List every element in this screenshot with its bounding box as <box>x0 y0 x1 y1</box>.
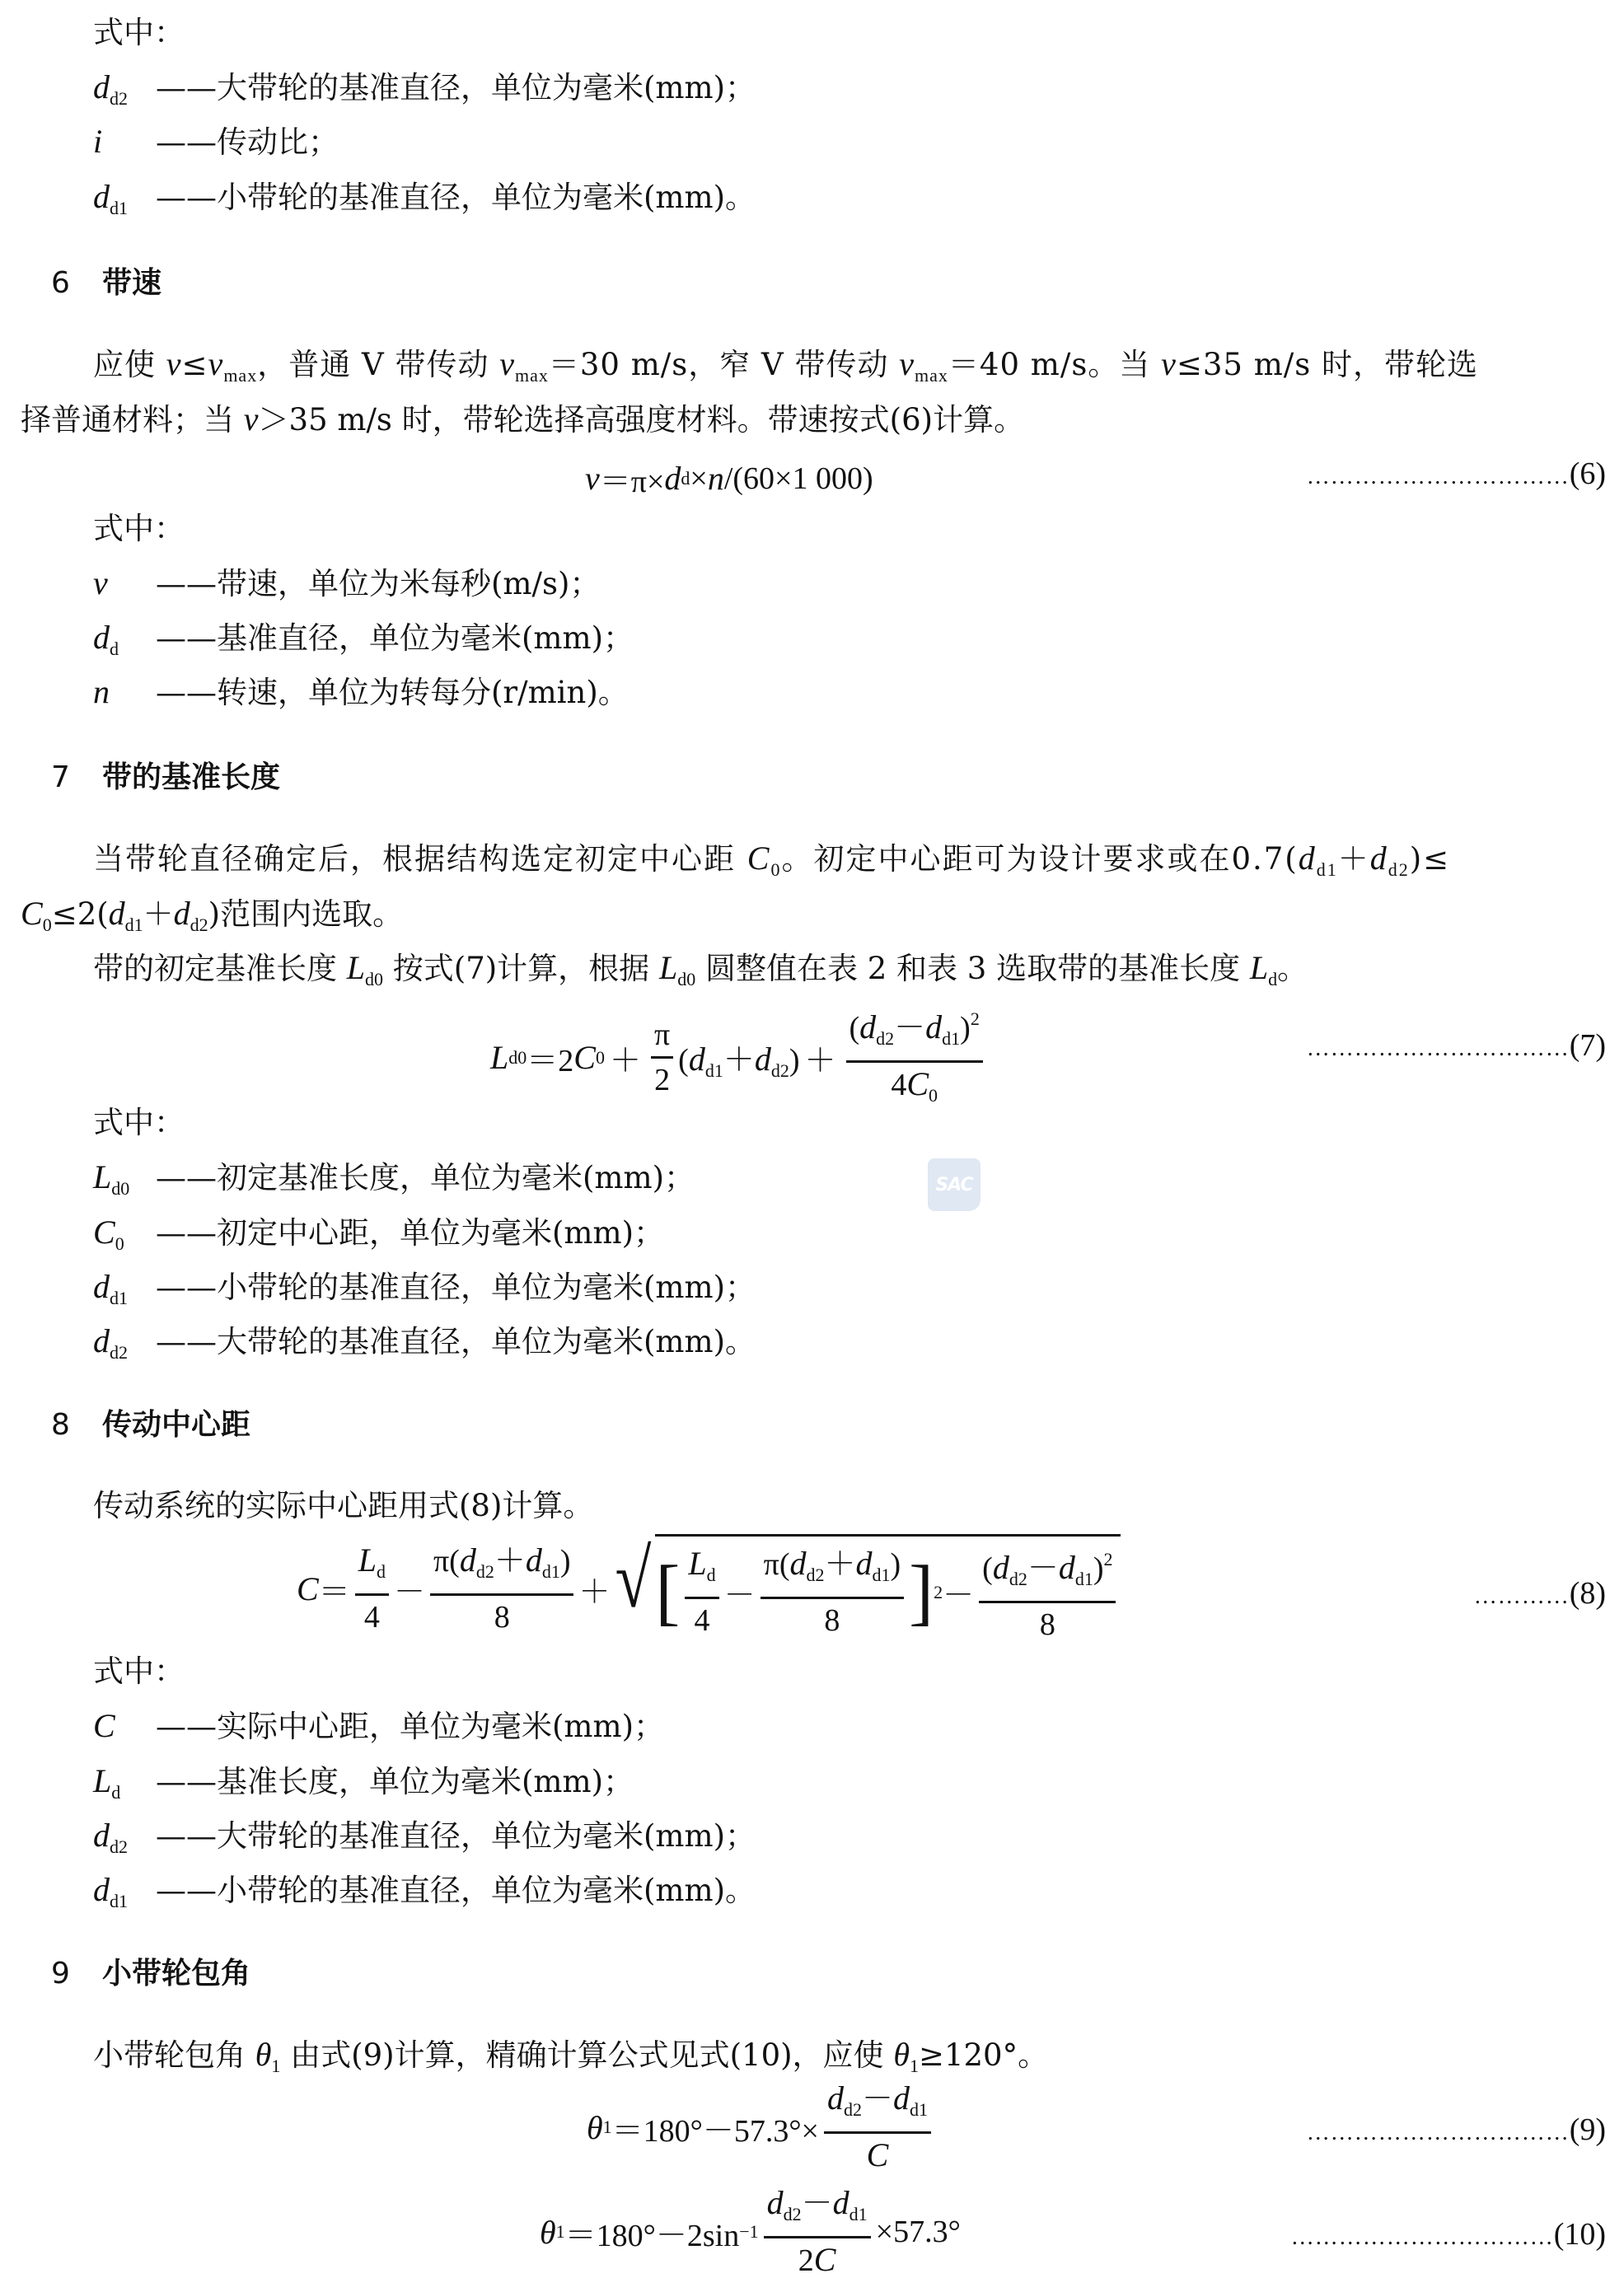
section-7-para1-line2: C0≤2(dd1＋dd2)范围内选取。 <box>21 896 403 943</box>
where-item-i: i——传动比； <box>93 124 339 161</box>
where-item-dd2: dd2——大带轮的基准直径，单位为毫米(mm)； <box>93 69 756 117</box>
where-label-7: 式中： <box>93 1105 185 1141</box>
where-item-dd1-7: dd1——小带轮的基准直径，单位为毫米(mm)； <box>93 1269 756 1317</box>
sac-watermark-logo: SAC <box>928 1158 980 1211</box>
definition: ——传动比； <box>156 124 339 160</box>
where-label-8: 式中： <box>93 1654 185 1690</box>
formula-6: v＝π×dd×n/(60×1 000) <box>585 456 873 501</box>
where-label-top: 式中： <box>93 15 185 51</box>
where-item-C0: C0——初定中心距，单位为毫米(mm)； <box>93 1214 664 1262</box>
section-6-para-line2: 择普通材料；当 v＞35 m/s 时，带轮选择高强度材料。带速按式(6)计算。 <box>21 401 1024 438</box>
section-7-heading: 7带的基准长度 <box>51 760 280 796</box>
square-root: √ [ Ld4 － π(dd2＋dd1)8 ]2 － (dd2－dd1)28 <box>611 1534 1121 1643</box>
where-item-n: n——转速，单位为转每分(r/min)。 <box>93 674 629 711</box>
symbol: d <box>93 68 110 105</box>
where-item-v: v——带速，单位为米每秒(m/s)； <box>93 565 600 602</box>
where-item-dd2-7: dd2——大带轮的基准直径，单位为毫米(mm)。 <box>93 1323 756 1371</box>
where-item-C: C——实际中心距，单位为毫米(mm)； <box>93 1708 664 1745</box>
section-7-para2: 带的初定基准长度 Ld0 按式(7)计算，根据 Ld0 圆整值在表 2 和表 3… <box>93 950 1308 998</box>
section-9-heading: 9小带轮包角 <box>51 1956 250 1992</box>
definition: ——大带轮的基准直径，单位为毫米(mm)； <box>156 70 756 105</box>
formula-7: Ld0 ＝2C0 ＋ π2 (dd1＋dd2) ＋ (dd2－dd1)24C0 <box>490 1001 988 1114</box>
equation-number-10: ……………………………(10) <box>1291 2216 1606 2252</box>
equation-number-8: …………(8) <box>1474 1575 1606 1611</box>
section-8-heading: 8传动中心距 <box>51 1407 250 1443</box>
section-8-para: 传动系统的实际中心距用式(8)计算。 <box>93 1488 593 1524</box>
equation-number-6: ……………………………(6) <box>1307 456 1606 492</box>
where-label-6: 式中： <box>93 511 185 547</box>
section-6-heading: 6带速 <box>51 265 161 302</box>
section-number: 6 <box>51 265 102 302</box>
where-item-dd1-8: dd1——小带轮的基准直径，单位为毫米(mm)。 <box>93 1872 756 1920</box>
section-title: 带速 <box>102 266 161 300</box>
symbol: d <box>93 178 110 215</box>
fraction-diff-squared: (dd2－dd1)24C0 <box>846 1001 983 1114</box>
where-item-dd: dd——基准直径，单位为毫米(mm)； <box>93 620 634 667</box>
equation-number-7: ……………………………(7) <box>1307 1027 1606 1064</box>
symbol: i <box>93 123 102 160</box>
where-item-Ld0: Ld0——初定基准长度，单位为毫米(mm)； <box>93 1159 695 1207</box>
definition: ——小带轮的基准直径，单位为毫米(mm)。 <box>156 180 756 215</box>
section-9-para: 小带轮包角 θ1 由式(9)计算，精确计算公式见式(10)，应使 θ1≥120°… <box>93 2037 1048 2084</box>
section-6-para-line1: 应使 v≤vmax，普通 V 带传动 vmax＝30 m/s，窄 V 带传动 v… <box>93 346 1478 394</box>
where-item-dd1: dd1——小带轮的基准直径，单位为毫米(mm)。 <box>93 179 756 227</box>
formula-10: θ1 ＝180°－2sin−1 dd2－dd12C ×57.3° <box>540 2185 961 2278</box>
formula-8: C ＝ Ld4 － π(dd2＋dd1)8 ＋ √ [ Ld4 － π(dd2＋… <box>297 1534 1121 1643</box>
leader-dots: …………………………… <box>1307 464 1570 489</box>
fraction-pi-over-2: π2 <box>651 1017 673 1098</box>
section-7-para1-line1: 当带轮直径确定后，根据结构选定初定中心距 C0。初定中心距可为设计要求或在0.7… <box>93 840 1450 888</box>
formula-9: θ1 ＝180°－57.3°× dd2－dd1C <box>587 2080 936 2174</box>
equation-number-9: ……………………………(9) <box>1307 2112 1606 2148</box>
where-item-Ld: Ld——基准长度，单位为毫米(mm)； <box>93 1763 634 1811</box>
where-item-dd2-8: dd2——大带轮的基准直径，单位为毫米(mm)； <box>93 1817 756 1865</box>
